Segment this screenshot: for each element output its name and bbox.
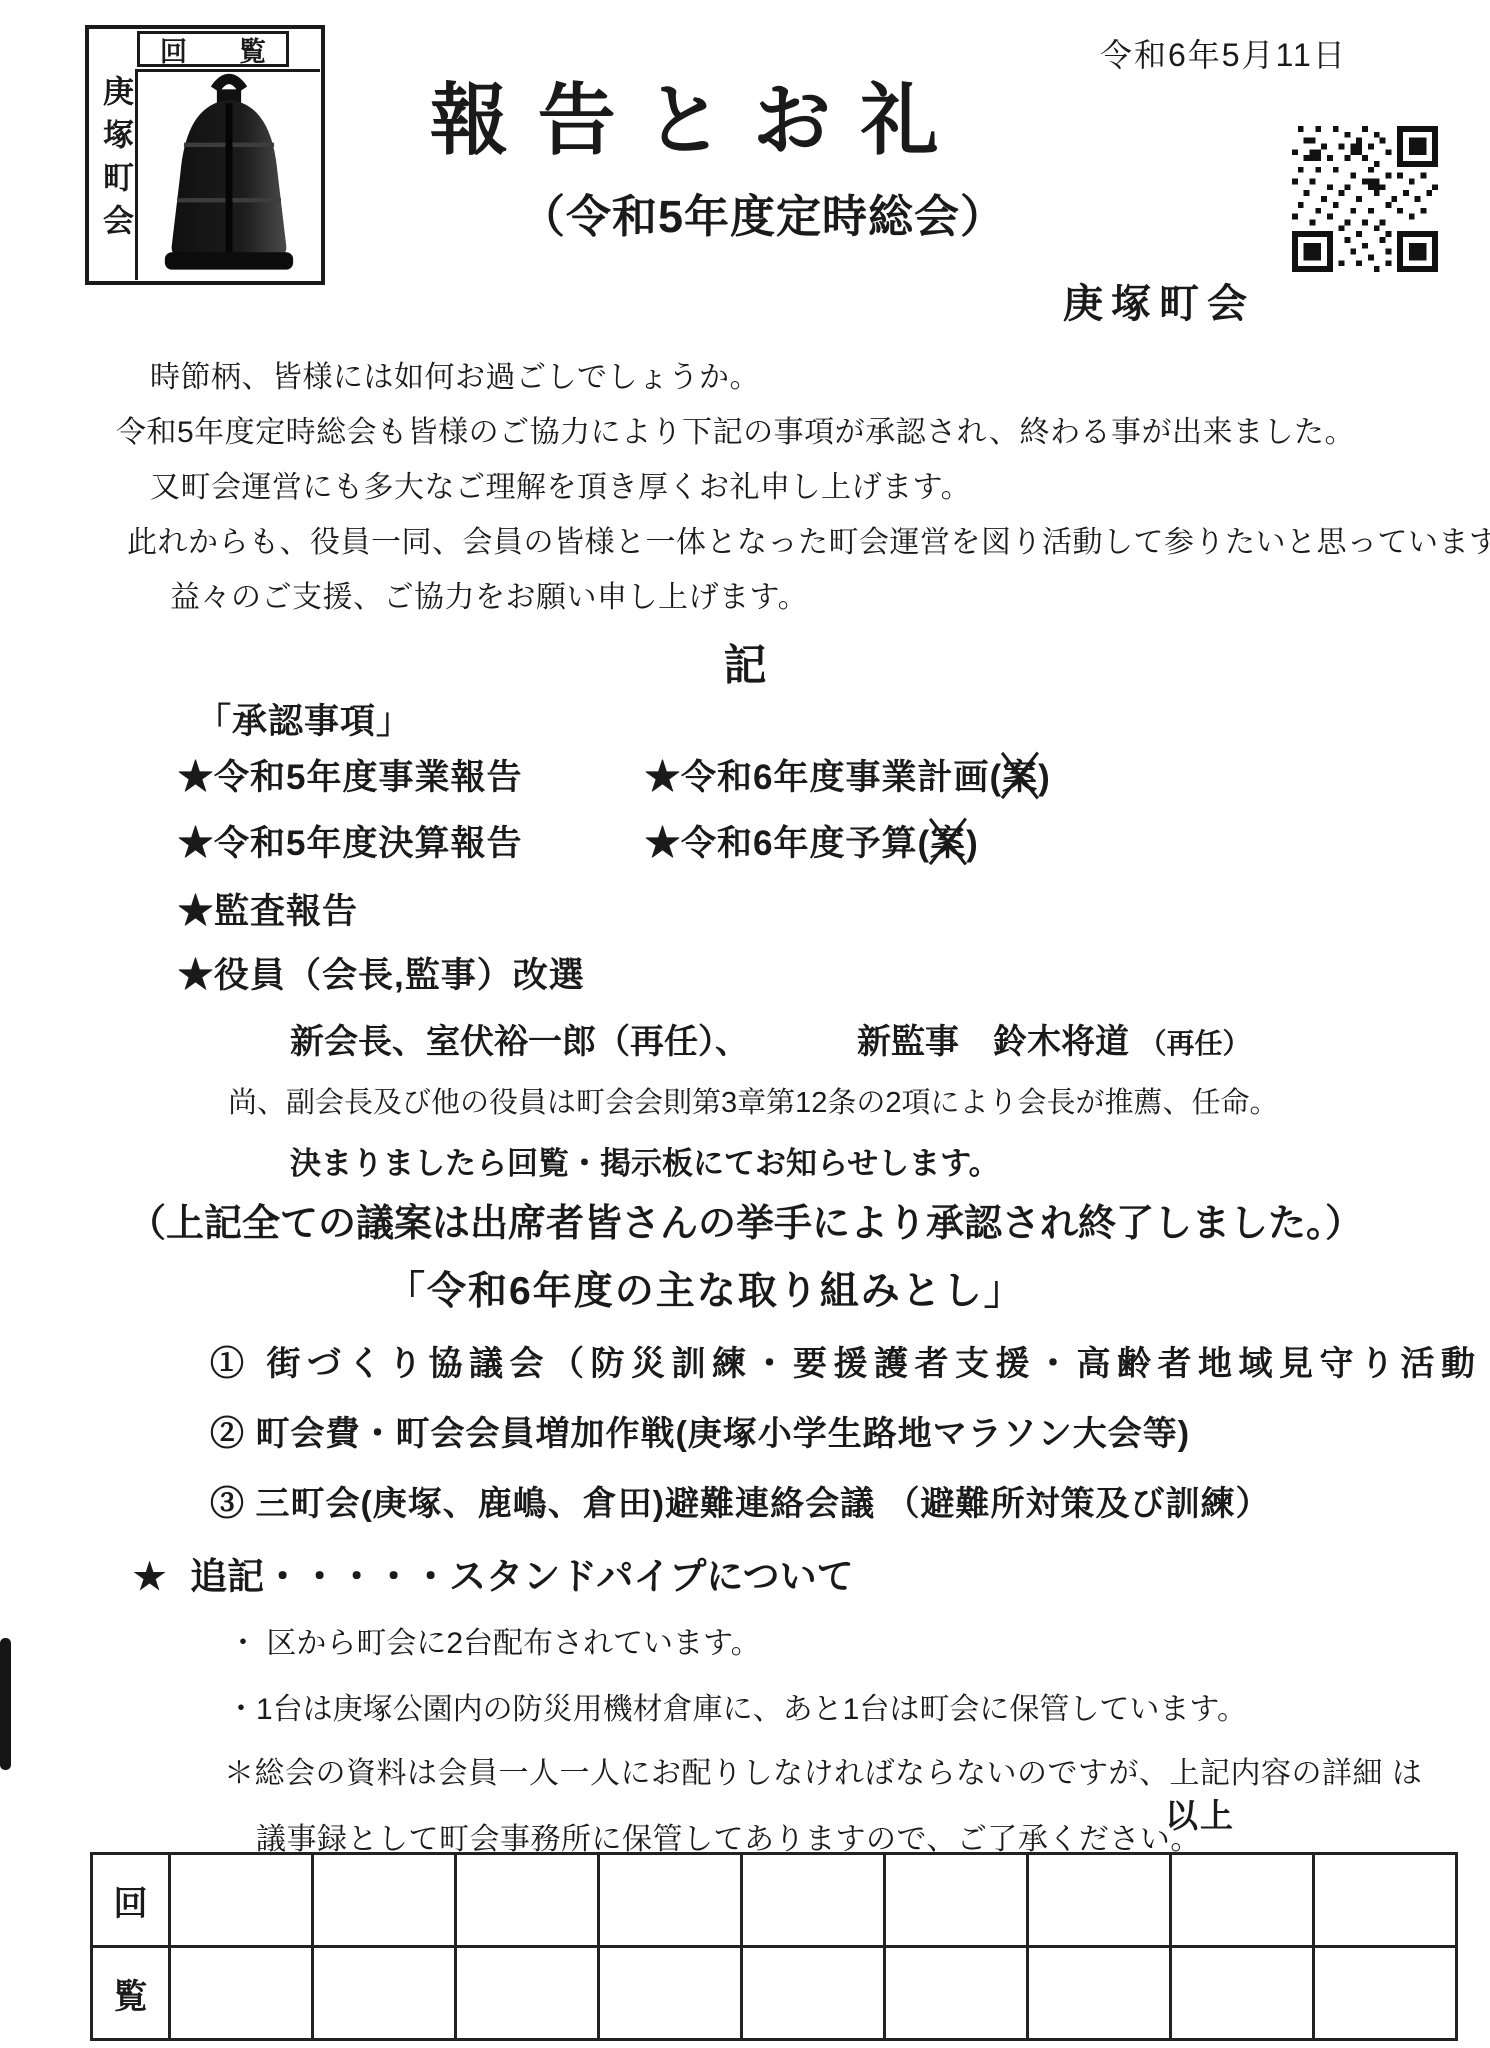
circulation-cell — [1314, 1854, 1457, 1947]
circulation-cell — [313, 1947, 456, 2040]
ki-heading: 記 — [0, 632, 1490, 693]
circulation-cell — [599, 1854, 742, 1947]
circulation-cell — [885, 1854, 1028, 1947]
circulation-table: 回 覧 — [90, 1852, 1458, 2041]
circulation-stamp-char-1: 回 — [160, 30, 187, 69]
new-auditor-note: （再任） — [1138, 1028, 1250, 1059]
postscript-note: ＊総会の資料は会員一人一人にお配りしなければならないのですが、上記内容の詳細 は — [224, 1748, 1422, 1792]
circulation-cell — [456, 1947, 599, 2040]
approved-items-heading: 「承認事項」 — [196, 694, 412, 744]
postscript-bullet: ・1台は庚塚公園内の防災用機材倉庫に、あと1台は町会に保管しています。 — [226, 1684, 1247, 1728]
announce-note: 決まりましたら回覧・掲示板にてお知らせします。 — [290, 1138, 1000, 1183]
circulation-stamp-char-2: 覧 — [239, 30, 266, 69]
postscript-bullet: ・ 区から町会に2台配布されています。 — [228, 1618, 761, 1662]
approved-item: ★令和6年度予算(案) — [645, 816, 979, 866]
document-page: 回 覧 庚塚町会 令 — [0, 0, 1490, 2048]
new-chairman: 新会長、室伏裕一郎（再任）、 — [290, 1023, 749, 1061]
crossed-out-draft-char: 案 — [1002, 750, 1038, 800]
table-row: 回 — [92, 1854, 1457, 1947]
greeting-line: 又町会運営にも多大なご理解を頂き厚くお礼申し上げます。 — [150, 462, 971, 506]
circulation-cell — [885, 1947, 1028, 2040]
initiatives-heading: 「令和6年度の主な取り組みとし」 — [386, 1260, 1025, 1316]
resolution-note: （上記全ての議案は出席者皆さんの挙手により承認され終了しました。） — [128, 1192, 1363, 1247]
rule-note: 尚、副会長及び他の役員は町会会則第3章第12条の2項により会長が推薦、任命。 — [228, 1080, 1279, 1121]
org-name: 庚塚町会 — [1063, 272, 1255, 329]
initiative-item: ② 町会費・町会会員増加作戦(庚塚小学生路地マラソン大会等) — [210, 1406, 1190, 1455]
initiative-item: ① 街づくり協議会（防災訓練・要援護者支援・高齢者地域見守り活動 — [210, 1336, 1481, 1385]
circulation-cell — [742, 1947, 885, 2040]
stamp-org-vertical-label: 庚塚町会 — [93, 75, 138, 247]
circulation-cell — [1028, 1854, 1171, 1947]
star-icon: ★ — [133, 1556, 166, 1597]
circulation-cell — [742, 1854, 885, 1947]
bell-photo-frame — [135, 69, 320, 280]
document-title: 報告とお礼 — [430, 58, 968, 170]
circulation-stamp-label: 回 覧 — [137, 31, 289, 67]
approved-item: ★令和5年度決算報告 — [178, 816, 522, 866]
approved-item: ★役員（会長,監事）改選 — [178, 948, 585, 998]
circulation-row-label: 覧 — [92, 1947, 170, 2040]
postscript-title: ★追記・・・・・スタンドパイプについて — [133, 1546, 854, 1600]
closing-ijou: 以上 — [1165, 1790, 1235, 1837]
approved-item: ★監査報告 — [178, 884, 358, 934]
circulation-cell — [170, 1854, 313, 1947]
new-officers-line: 新会長、室伏裕一郎（再任）、新監事 鈴木将道 （再任） — [290, 1014, 1250, 1063]
table-row: 覧 — [92, 1947, 1457, 2040]
approved-item: ★令和6年度事業計画(案) — [645, 750, 1051, 800]
circulation-stamp-box: 回 覧 庚塚町会 — [85, 25, 325, 285]
circulation-cell — [170, 1947, 313, 2040]
greeting-line: 益々のご支援、ご協力をお願い申し上げます。 — [170, 572, 808, 616]
temple-bell-icon — [138, 72, 320, 280]
document-subtitle: （令和5年度定時総会） — [520, 180, 1006, 245]
greeting-line: 此れからも、役員一同、会員の皆様と一体となった町会運営を図り活動して参りたいと思… — [127, 517, 1490, 561]
circulation-cell — [1314, 1947, 1457, 2040]
circulation-cell — [1171, 1854, 1314, 1947]
scan-smudge — [0, 1638, 11, 1770]
document-date: 令和6年5月11日 — [1100, 30, 1347, 76]
approved-item: ★令和5年度事業報告 — [178, 750, 522, 800]
circulation-row-label: 回 — [92, 1854, 170, 1947]
initiative-item: ③ 三町会(庚塚、鹿嶋、倉田)避難連絡会議 （避難所対策及び訓練） — [210, 1476, 1271, 1525]
qr-code-icon — [1292, 126, 1438, 272]
crossed-out-draft-char: 案 — [930, 816, 966, 866]
circulation-cell — [456, 1854, 599, 1947]
circulation-cell — [313, 1854, 456, 1947]
new-auditor: 新監事 鈴木将道 — [857, 1023, 1129, 1061]
greeting-line: 時節柄、皆様には如何お過ごしでしょうか。 — [150, 352, 760, 396]
greeting-line: 令和5年度定時総会も皆様のご協力により下記の事項が承認され、終わる事が出来ました… — [116, 407, 1355, 451]
circulation-cell — [1171, 1947, 1314, 2040]
circulation-cell — [1028, 1947, 1171, 2040]
circulation-cell — [599, 1947, 742, 2040]
